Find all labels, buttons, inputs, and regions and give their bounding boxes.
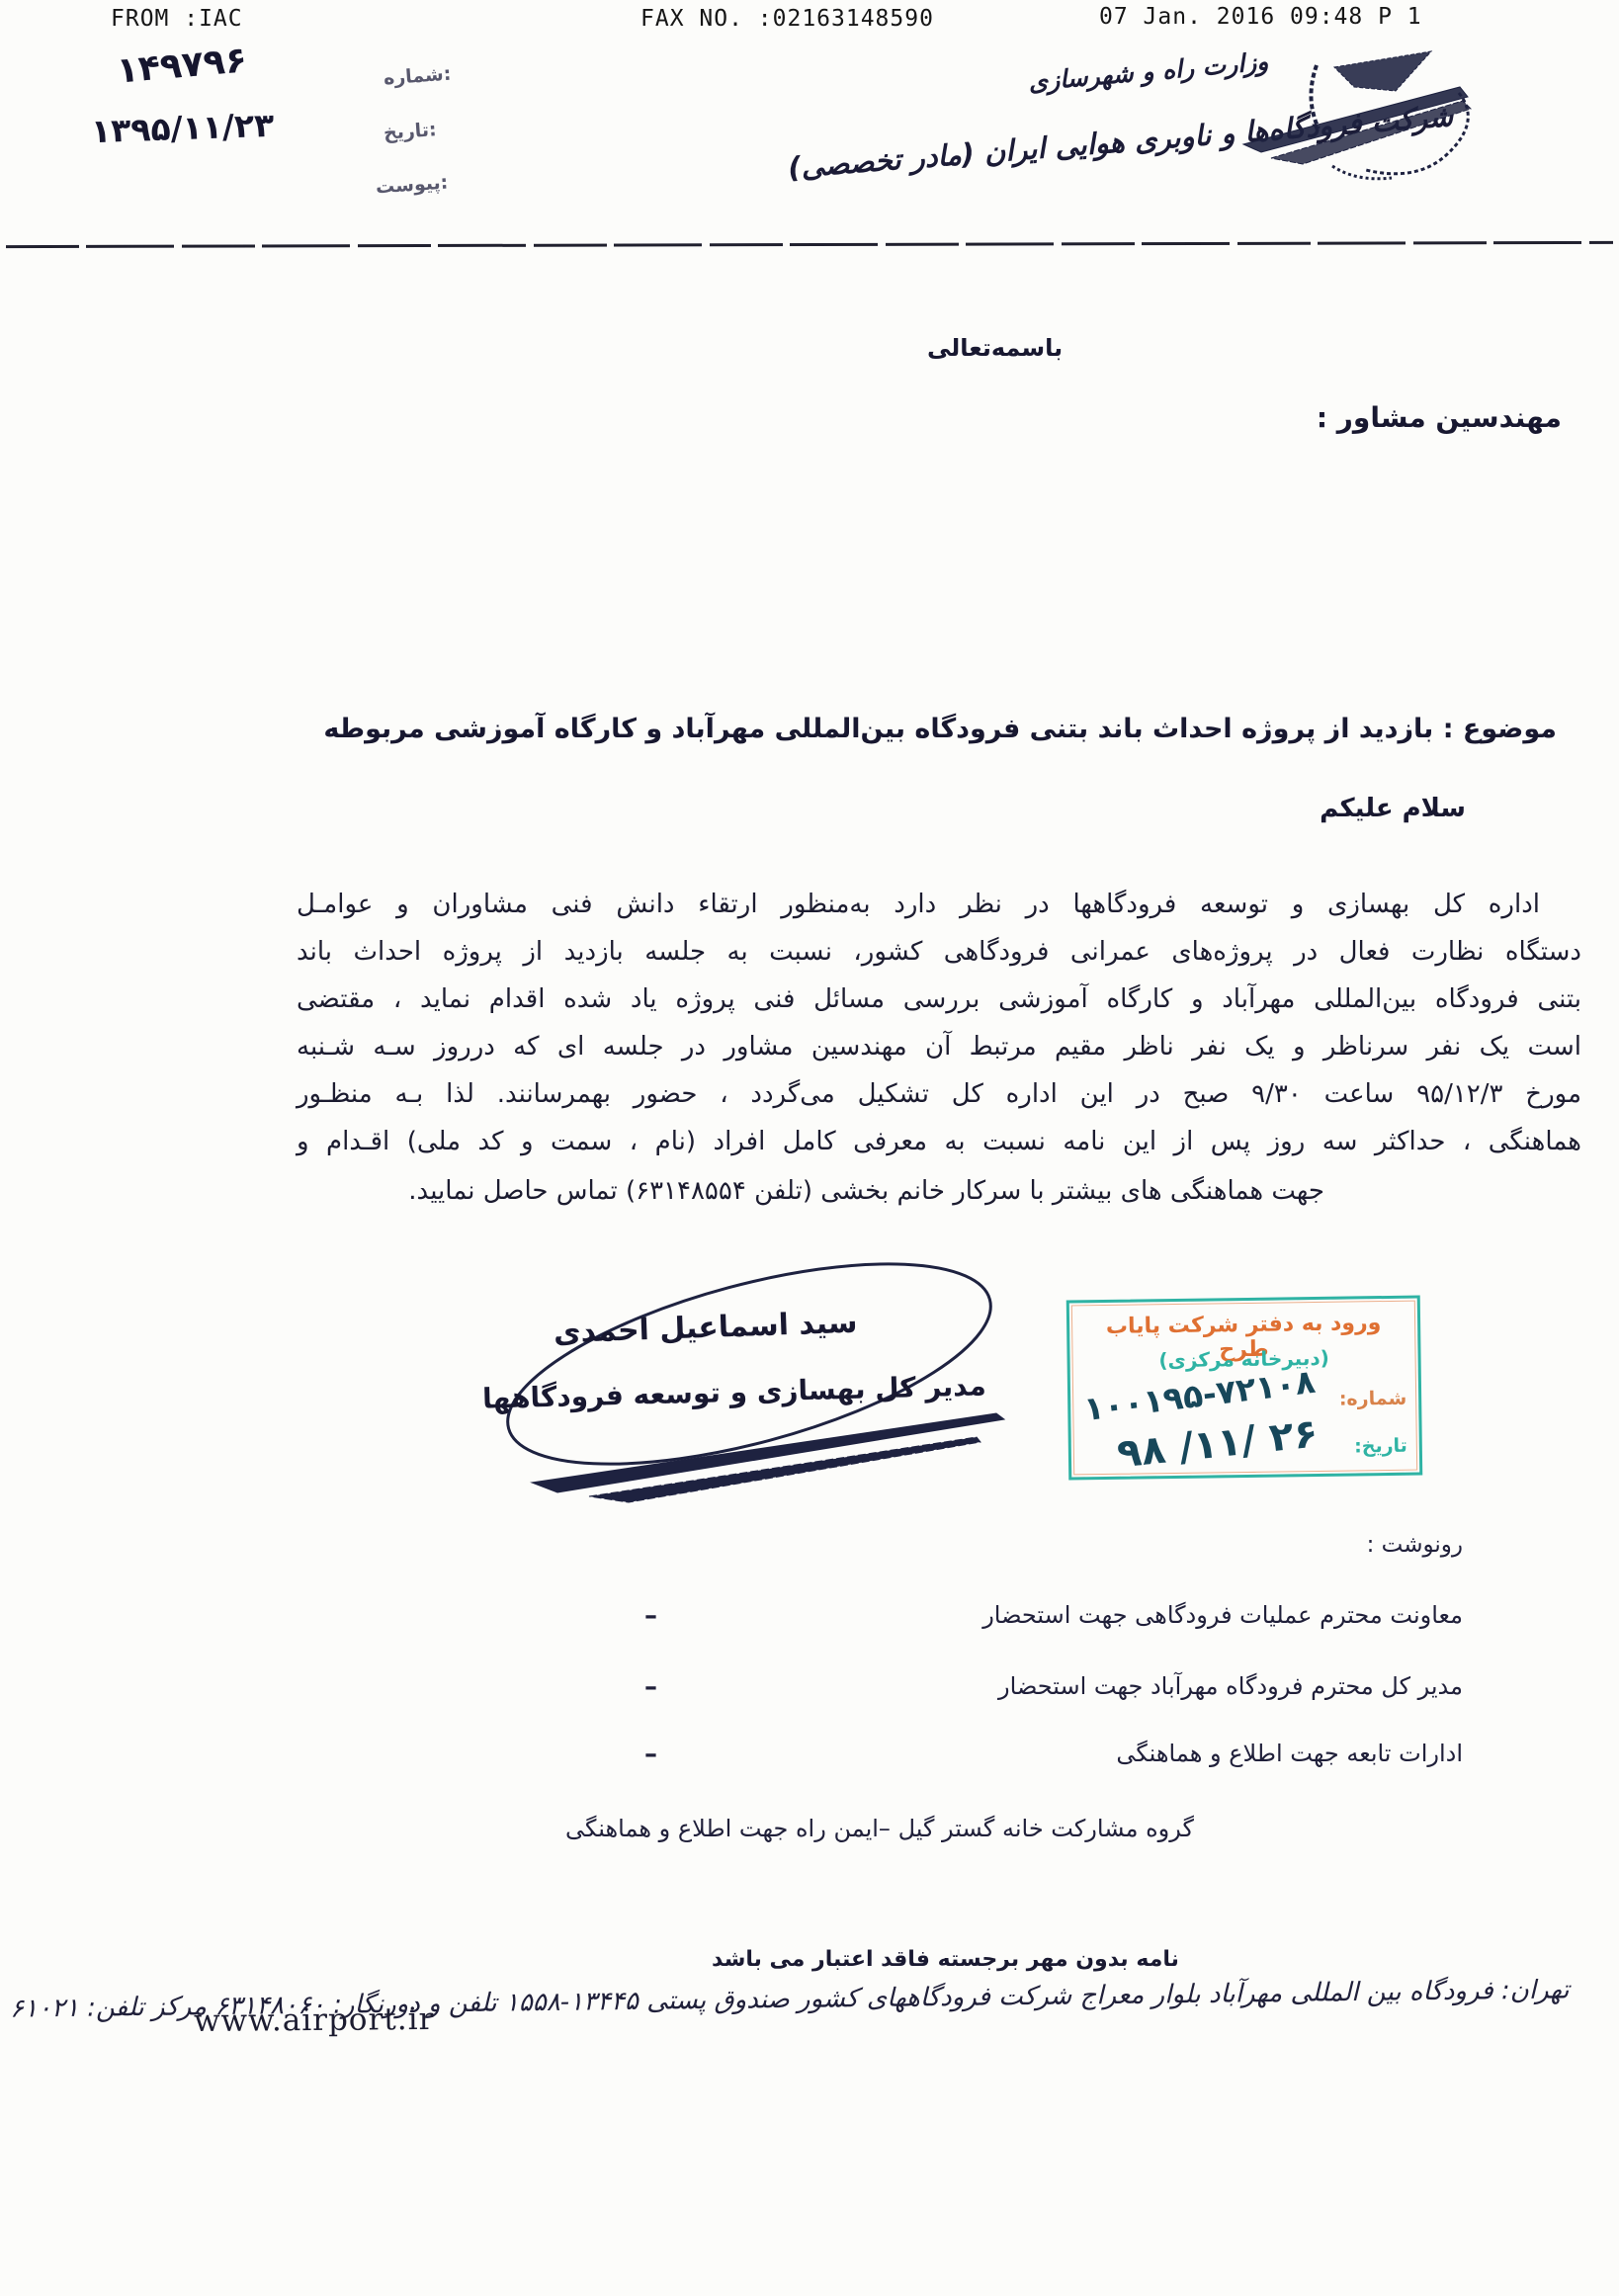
stamp-number-label: شماره: bbox=[1339, 1388, 1407, 1410]
footer-website: www.airport.ir bbox=[194, 2001, 435, 2039]
body-line: است یک نفر سرناظر و یک نفر ناظر مقیم مرت… bbox=[297, 1032, 1581, 1062]
body-line: بتنی فرودگاه بین‌المللی مهرآباد و کارگاه… bbox=[297, 984, 1581, 1014]
cc-dash: – bbox=[644, 1740, 657, 1769]
scanned-fax-letter: FROM :IAC FAX NO. :02163148590 07 Jan. 2… bbox=[0, 0, 1619, 2296]
ministry-name: وزارت راه و شهرسازی bbox=[1027, 46, 1269, 96]
handwritten-letter-date: ۱۳۹۵/۱۱/۲۳ bbox=[90, 106, 274, 150]
body-line: هماهنگی ، حداکثر سه روز پس از این نامه ن… bbox=[297, 1127, 1581, 1156]
letterhead-divider bbox=[6, 241, 1613, 248]
body-line: دستگاه نظارت فعال در پروژه‌های عمرانی فر… bbox=[297, 937, 1581, 967]
handwritten-registration-number: ۱۴۹۷۹۶ bbox=[115, 40, 248, 91]
cc-item: معاونت محترم عملیات فرودگاهی جهت استحضار bbox=[982, 1601, 1463, 1629]
cc-item: ادارات تابعه جهت اطلاع و هماهنگی bbox=[1116, 1740, 1463, 1767]
body-line: مورخ ۹۵/۱۲/۳ ساعت ۹/۳۰ صبح در این اداره … bbox=[297, 1079, 1581, 1109]
stamp-date-label: تاریخ: bbox=[1354, 1435, 1407, 1458]
date-label: تاریخ: bbox=[383, 119, 437, 144]
cc-dash: – bbox=[644, 1601, 657, 1631]
footer-validity-note: نامه بدون مهر برجسته فاقد اعتبار می باشد bbox=[712, 1947, 1179, 1972]
stamp-subtitle: (دبیرخانه مرکزی) bbox=[1077, 1345, 1409, 1374]
cc-label: رونوشت : bbox=[1367, 1532, 1463, 1558]
body-line: جهت هماهنگی های بیشتر با سرکار خانم بخشی… bbox=[336, 1176, 1324, 1206]
iac-bird-logo-icon bbox=[1237, 42, 1485, 190]
subject-line: موضوع : بازدید از پروژه احداث باند بتنی … bbox=[323, 714, 1557, 744]
number-label: شماره: bbox=[383, 63, 452, 90]
fax-from: FROM :IAC bbox=[111, 6, 243, 32]
attachment-label: پیوست: bbox=[375, 171, 449, 198]
fax-number: FAX NO. :02163148590 bbox=[640, 6, 934, 32]
fax-datetime: 07 Jan. 2016 09:48 P 1 bbox=[1099, 4, 1422, 30]
bismillah-heading: باسمه‌تعالی bbox=[927, 334, 1063, 362]
body-line: اداره کل بهسازی و توسعه فرودگاهها در نظر… bbox=[297, 890, 1581, 919]
salutation: سلام علیکم bbox=[1320, 794, 1466, 823]
cc-item: گروه مشارکت خانه گستر گیل –ایمن راه جهت … bbox=[565, 1815, 1194, 1842]
cc-item: مدیر کل محترم فرودگاه مهرآباد جهت استحضا… bbox=[998, 1672, 1463, 1700]
cc-dash: – bbox=[644, 1672, 657, 1702]
recipient-line: مهندسین مشاور : bbox=[1317, 401, 1562, 434]
